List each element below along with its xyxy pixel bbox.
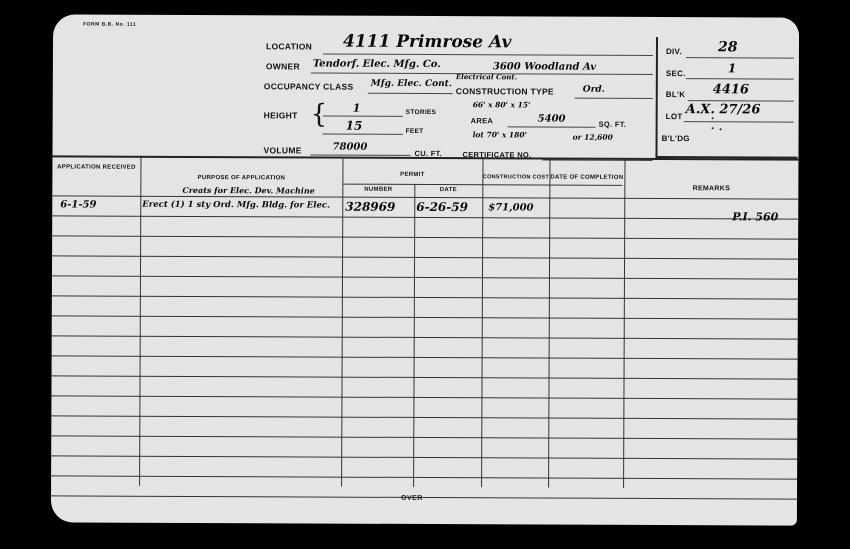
header-permit-date: DATE: [414, 186, 482, 195]
header-permit: PERMIT: [342, 171, 482, 181]
column-divider: [413, 184, 416, 487]
occupancy-class-value: Mfg. Elec. Cont.: [371, 79, 452, 89]
owner-label: OWNER: [266, 61, 300, 71]
lot-underline: [684, 121, 794, 122]
sec-value: 1: [728, 61, 736, 75]
header-construction-cost: CONSTRUCTION COST: [482, 173, 549, 182]
row-line: [51, 415, 797, 419]
row-line: [52, 315, 798, 319]
height-label: HEIGHT: [264, 110, 298, 120]
stories-value: 1: [353, 102, 361, 115]
row1-received: 6-1-59: [60, 199, 96, 210]
row1-purpose-line1: Creats for Elec. Dev. Machine: [182, 185, 314, 196]
header-application-received: APPLICATION RECEIVED: [52, 163, 140, 172]
row-line: [52, 355, 798, 359]
dot-mark: [720, 128, 722, 130]
sec-label: SEC.: [666, 69, 686, 78]
row-line: [51, 475, 797, 479]
dot-mark: [712, 127, 714, 129]
blk-label: BL'K: [666, 90, 686, 99]
lot-dimensions: lot 70' x 180': [473, 130, 527, 139]
area-unit: SQ. FT.: [599, 120, 627, 129]
header-purpose: PURPOSE OF APPLICATION: [140, 174, 342, 184]
row-line: [51, 435, 797, 439]
volume-label: VOLUME: [263, 145, 301, 155]
occupancy-note: Electrical Cont.: [456, 72, 517, 81]
permit-table: APPLICATION RECEIVED PURPOSE OF APPLICAT…: [51, 155, 798, 488]
permit-record-card: FORM B.B. No. 111 LOCATION 4111 Primrose…: [51, 14, 799, 525]
bldg-label: B'L'DG: [662, 134, 690, 143]
row-line: [52, 235, 798, 239]
owner-address: 3600 Woodland Av: [493, 61, 596, 72]
location-value: 4111 Primrose Av: [343, 32, 511, 53]
sec-underline: [686, 78, 794, 79]
construction-dims: 66' x 80' x 15': [473, 100, 531, 109]
row-line: [52, 215, 798, 219]
blk-value: 4416: [713, 82, 749, 97]
div-value: 28: [718, 39, 738, 55]
row1-cost: $71,000: [488, 202, 533, 213]
row1-permit-number: 328969: [345, 200, 395, 214]
row-line: [52, 375, 798, 379]
lot-value: A.X. 27/26: [686, 102, 761, 117]
volume-value: 78000: [333, 142, 368, 153]
area-label: AREA: [471, 116, 493, 125]
row-line: [51, 395, 797, 399]
row-line: [52, 335, 798, 339]
stories-label: STORIES: [406, 109, 437, 116]
location-label: LOCATION: [266, 41, 312, 51]
feet-label: FEET: [406, 128, 424, 135]
dot-mark: [712, 117, 714, 119]
row1-permit-date: 6-26-59: [416, 200, 468, 214]
header-date-of-completion: DATE OF COMPLETION: [549, 174, 624, 183]
div-label: DIV.: [666, 47, 682, 56]
lot-area: or 12,600: [573, 133, 613, 142]
row1-purpose-line2: Erect (1) 1 sty Ord. Mfg. Bldg. for Elec…: [142, 200, 330, 211]
row1-remarks: P.I. 560: [732, 210, 778, 223]
construction-underline: [575, 98, 653, 99]
feet-underline: [323, 134, 403, 135]
feet-value: 15: [346, 119, 363, 133]
area-underline: [508, 126, 596, 127]
height-brace: {: [311, 99, 328, 129]
header-permit-number: NUMBER: [342, 186, 414, 195]
over-footer: OVER: [401, 495, 423, 502]
row-line: [52, 275, 798, 279]
lot-label: LOT: [666, 112, 683, 121]
header-remarks: REMARKS: [624, 184, 798, 194]
row-line: [52, 255, 798, 259]
row-line: [52, 295, 798, 299]
construction-type-label: CONSTRUCTION TYPE: [456, 86, 554, 96]
stories-underline: [323, 116, 403, 117]
occupancy-class-label: OCCUPANCY CLASS: [264, 81, 354, 91]
construction-type-value: Ord.: [583, 85, 605, 95]
owner-value: Tendorf. Elec. Mfg. Co.: [313, 59, 441, 71]
form-number: FORM B.B. No. 111: [83, 22, 136, 28]
row-line: [51, 495, 797, 499]
area-value: 5400: [538, 113, 566, 124]
row-line: [51, 455, 797, 459]
parcel-info-box: DIV. 28 SEC. 1 BL'K 4416 LOT A.X. 27/26 …: [655, 37, 798, 159]
location-underline: [323, 54, 653, 56]
div-underline: [686, 57, 794, 58]
occupancy-underline: [368, 93, 453, 94]
